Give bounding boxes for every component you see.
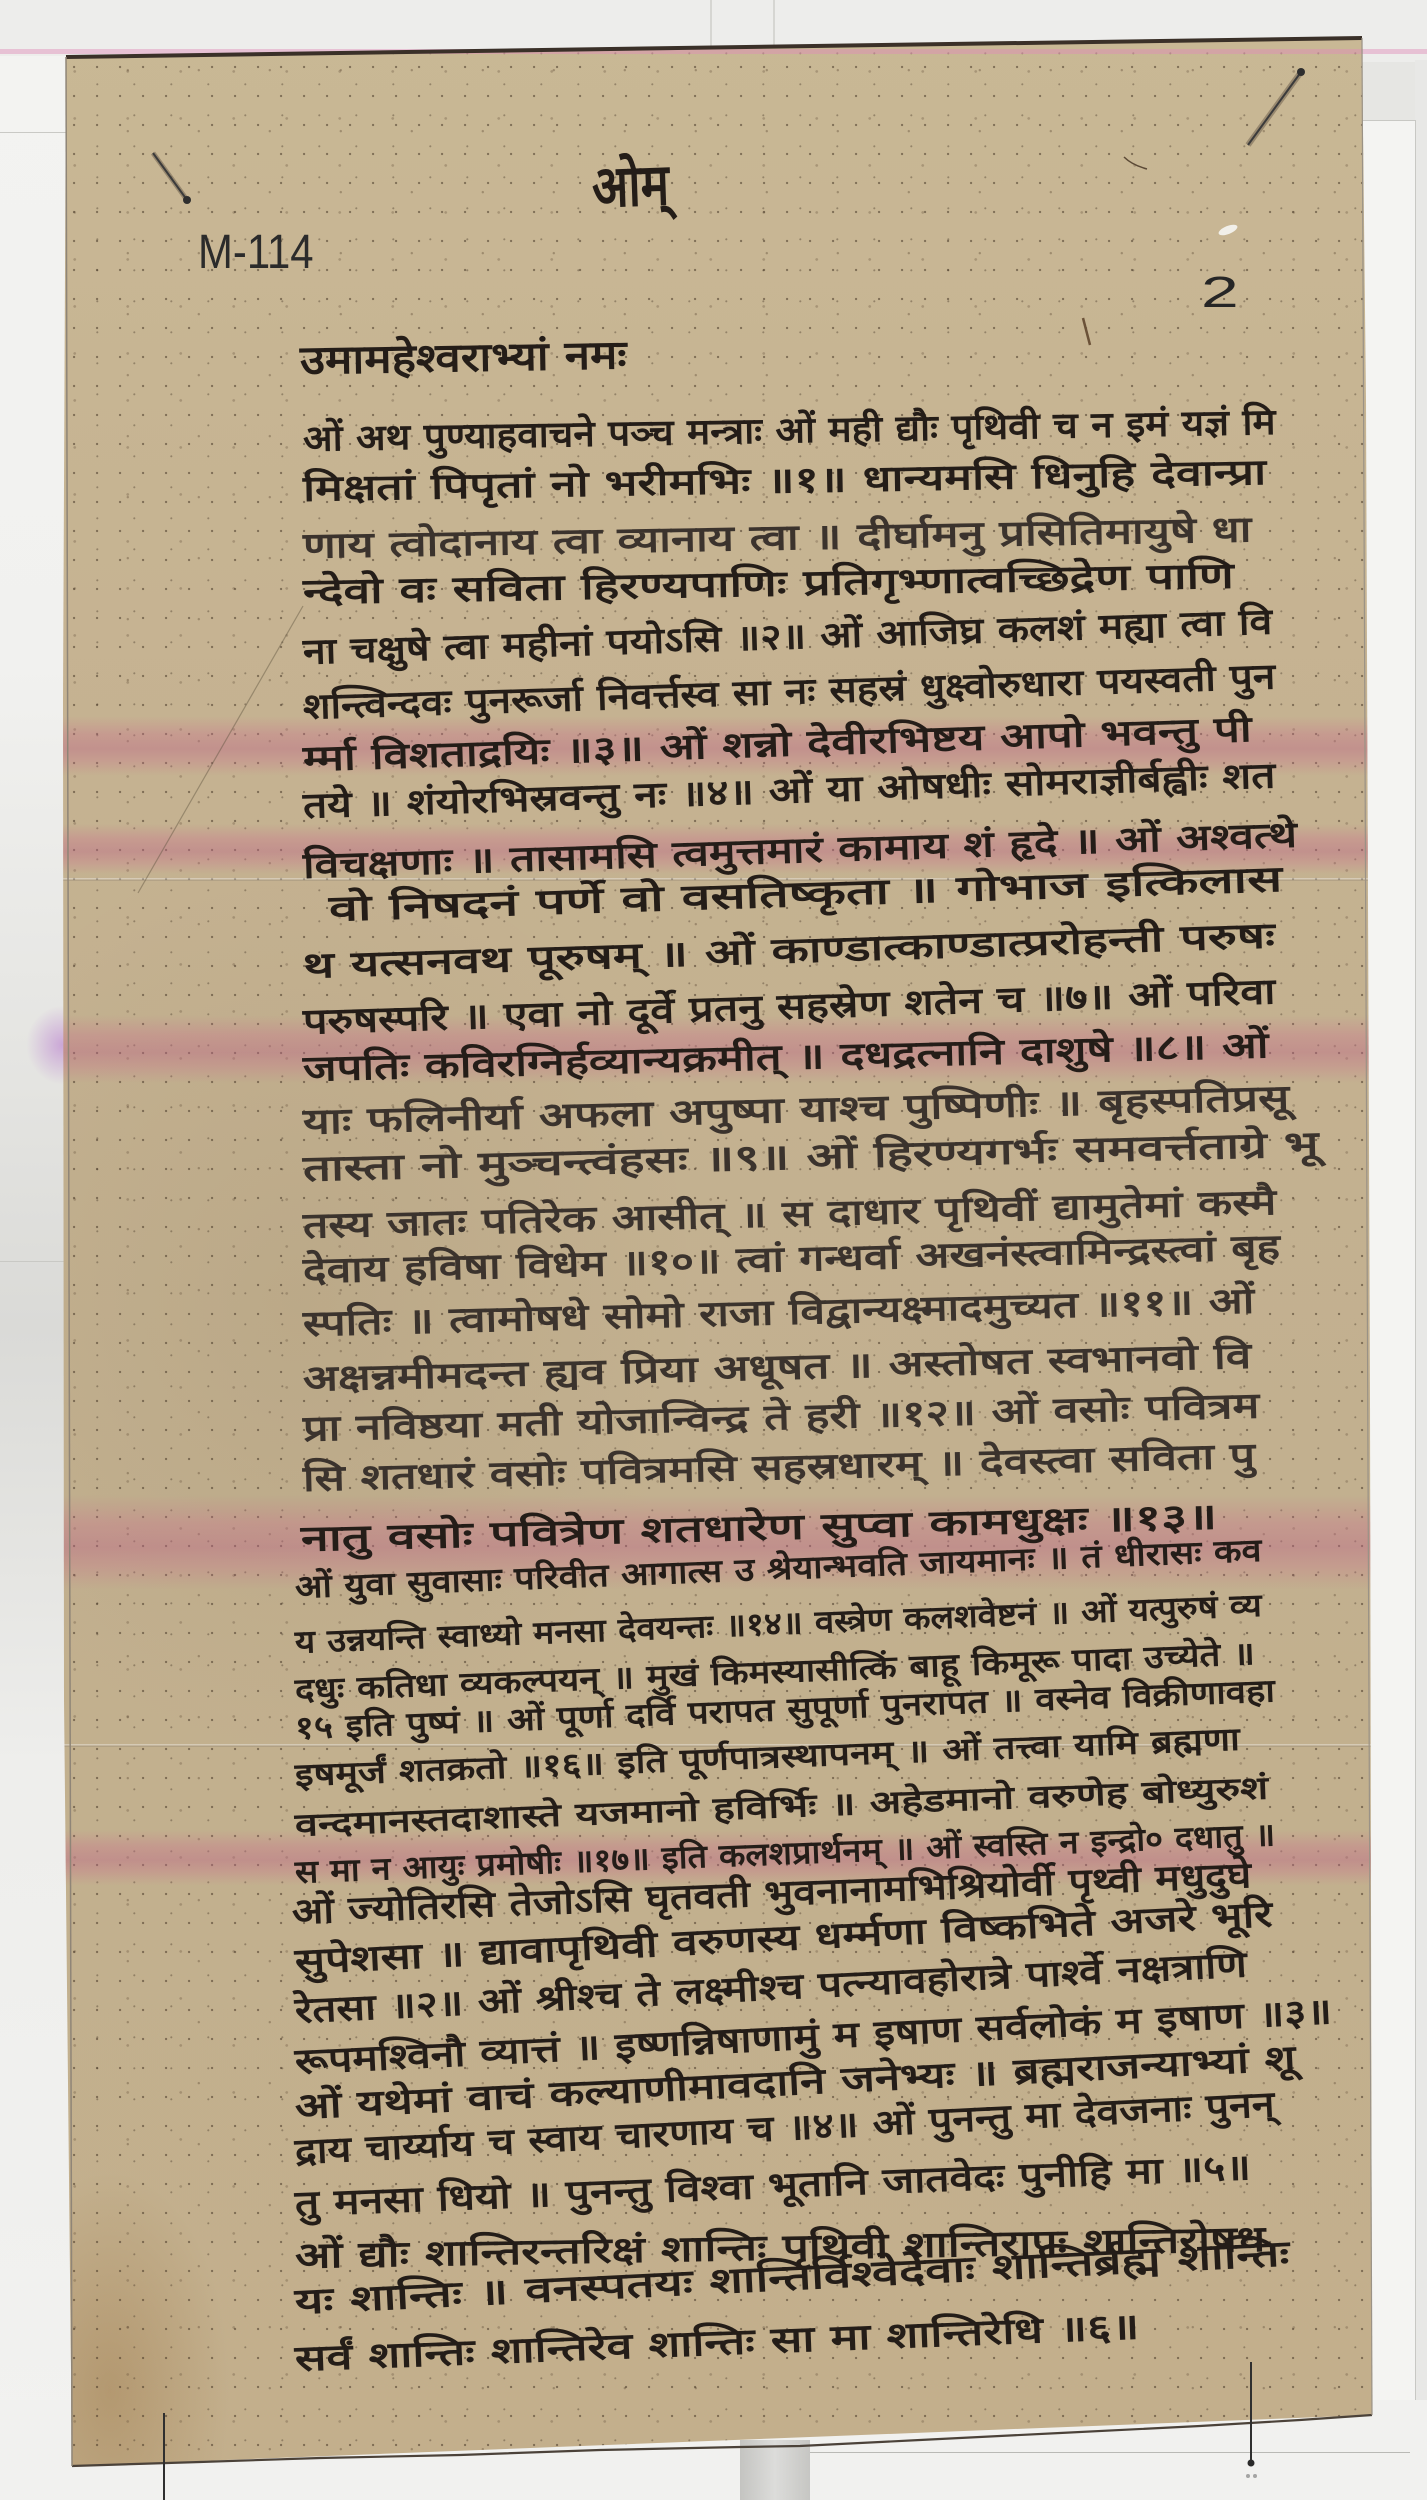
- pin-icon: [153, 153, 191, 204]
- paper-side-edges: [66, 38, 1372, 2466]
- pin-icon: [1248, 68, 1305, 145]
- hairline-crack: [138, 606, 303, 893]
- folio-details-overlay: [0, 0, 1427, 2500]
- paper-top-edge: [66, 38, 1362, 57]
- paper-bottom-edge: [72, 2415, 1372, 2466]
- pin-icon: [1246, 2362, 1257, 2478]
- paper-blemish: [1083, 157, 1239, 345]
